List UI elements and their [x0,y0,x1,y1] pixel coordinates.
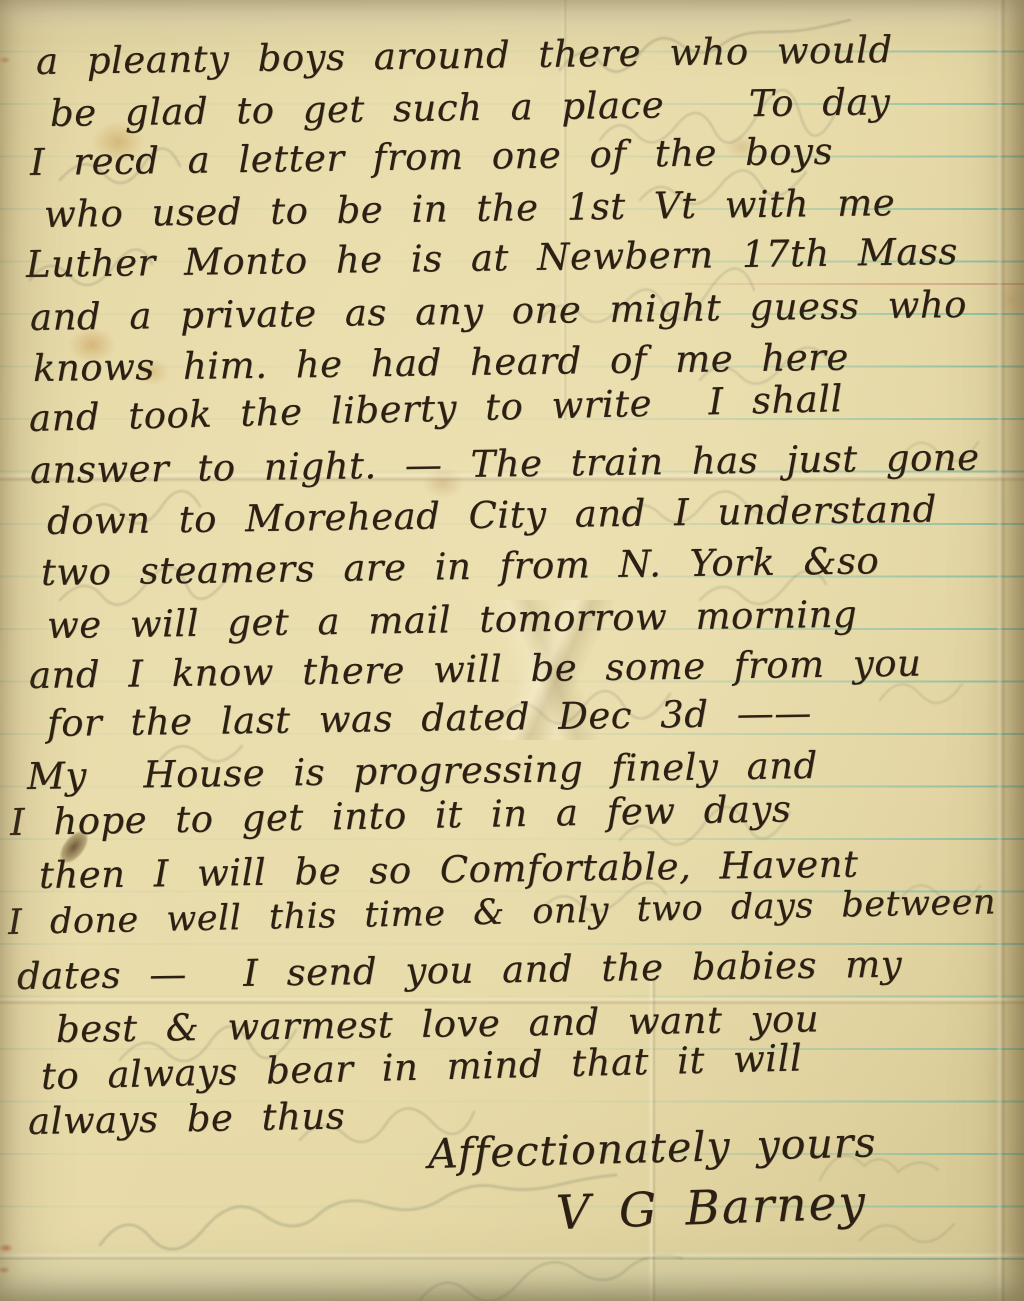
signature: V G Barney [555,1175,868,1241]
letter-line: always be thus [28,1094,346,1143]
letter-page: a pleanty boys around there who would be… [0,0,1024,1301]
